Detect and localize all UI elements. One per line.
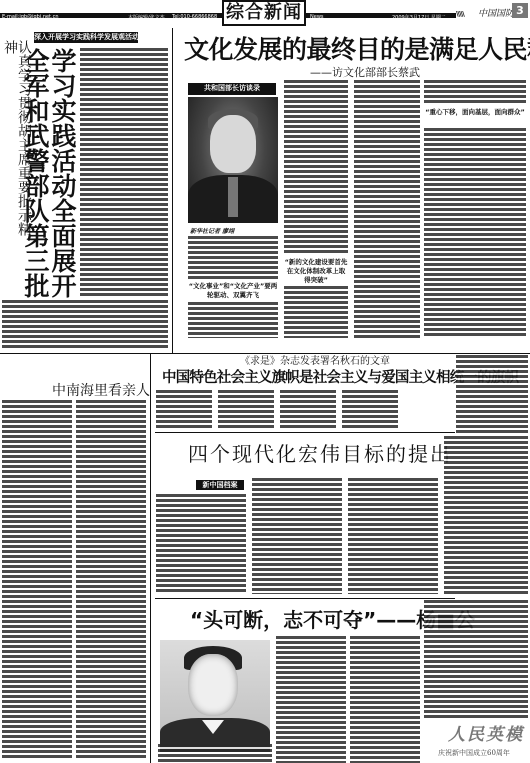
main-article-headline: 文化发展的最终目的是满足人民群众需求 bbox=[184, 30, 530, 66]
page-number: 3 bbox=[512, 3, 528, 18]
main-article-body-col1b bbox=[188, 302, 278, 338]
main-article-body-col3 bbox=[354, 80, 420, 338]
main-article-body-col1a bbox=[188, 236, 278, 280]
main-article-body-col2a bbox=[284, 80, 348, 255]
main-article-body-col4b bbox=[424, 128, 526, 338]
zhongnanhai-headline: 中南海里看亲人 bbox=[52, 380, 150, 400]
four-modernizations-label: 新中国档案 bbox=[196, 480, 244, 490]
yang-photo-caption bbox=[158, 744, 272, 763]
section-title: 综合新闻 bbox=[222, 0, 306, 26]
yang-body-col2 bbox=[350, 636, 420, 763]
column-rule bbox=[172, 28, 173, 353]
left-article-body-bottom bbox=[2, 300, 168, 350]
main-article-subhead-2: “新的文化建设要首先在文化体制改革上取得突破” bbox=[284, 258, 348, 285]
four-modernizations-body-col1 bbox=[156, 494, 246, 594]
renmin-yingmo-subtitle: 庆祝新中国成立60周年 bbox=[438, 748, 510, 758]
minister-photo bbox=[188, 97, 278, 223]
left-article-label: 深入开展学习实践科学发展观活动 bbox=[34, 32, 138, 43]
masthead-email: E-mail:jqb@jqbi.net.cn bbox=[2, 14, 59, 20]
zhongnanhai-body-col1 bbox=[2, 400, 72, 758]
masthead-date: 2009年3月17日 星期二 bbox=[392, 14, 446, 21]
decorative-stripes-icon: \\\\\ bbox=[456, 10, 464, 18]
qiushi-body-col2 bbox=[218, 390, 274, 430]
photo-label: 共和国部长访谈录 bbox=[188, 83, 276, 95]
yang-body-col3 bbox=[424, 600, 528, 720]
left-article-headline-1: 学习实践活动全面展开 bbox=[50, 48, 75, 308]
masthead: E-mail:jqb@jqbi.net.cn 本版编辑/张文杰 Tel:010-… bbox=[0, 0, 530, 26]
masthead-editor: 本版编辑/张文杰 bbox=[128, 14, 165, 21]
main-article-subhead-1: “文化事业”和“文化产业”要两轮驱动、双翼齐飞 bbox=[188, 282, 278, 300]
renmin-yingmo-logo: 人民英模 bbox=[448, 720, 524, 745]
left-article-body bbox=[80, 48, 168, 298]
qiushi-body-col5 bbox=[456, 355, 528, 433]
main-article-body-col2b bbox=[284, 286, 348, 338]
masthead-tel: Tel:010-66866868 bbox=[172, 14, 217, 20]
main-article-subtitle: ——访文化部部长蔡武 bbox=[310, 64, 420, 80]
masthead-section-en: News bbox=[310, 14, 324, 20]
main-article-subhead-3: “重心下移，面向基层，面向群众” bbox=[424, 108, 526, 117]
qiushi-kicker: 《求是》杂志发表署名秋石的文章 bbox=[240, 352, 390, 367]
qiushi-body-col4 bbox=[342, 390, 398, 430]
yang-portrait-photo bbox=[160, 640, 270, 752]
left-article-kicker: 认真学习贯彻胡主席重要批示精神 bbox=[3, 40, 31, 240]
four-modernizations-body-col4 bbox=[444, 436, 528, 594]
qiushi-body-col3 bbox=[280, 390, 336, 430]
four-modernizations-headline: 四个现代化宏伟目标的提出 bbox=[188, 438, 452, 467]
zhongnanhai-body-col2 bbox=[76, 400, 146, 758]
column-rule bbox=[150, 354, 151, 763]
four-modernizations-body-col2 bbox=[252, 478, 342, 594]
horizontal-rule bbox=[155, 432, 455, 433]
yang-body-col1 bbox=[276, 636, 346, 763]
main-article-byline: 新华社记者 廖翊 bbox=[190, 226, 234, 235]
qiushi-body-col1 bbox=[156, 390, 212, 430]
four-modernizations-body-col3 bbox=[348, 478, 438, 594]
main-article-body-col4a bbox=[424, 80, 526, 104]
horizontal-rule bbox=[155, 598, 455, 599]
